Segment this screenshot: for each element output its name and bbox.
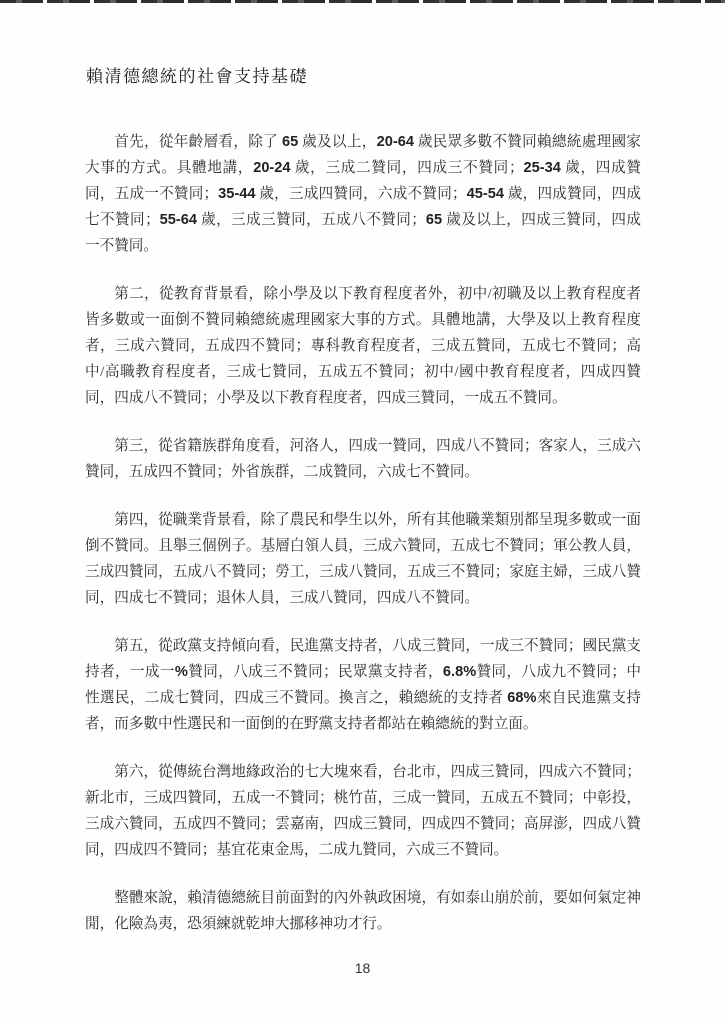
paragraph-regions: 第六，從傳統台灣地緣政治的七大塊來看，台北市，四成三贊同，四成六不贊同；新北市，… [85,759,641,863]
paragraph-party-support: 第五，從政黨支持傾向看，民進黨支持者，八成三贊同，一成三不贊同；國民黨支持者，一… [85,633,641,737]
document-body: 首先，從年齡層看，除了 65 歲及以上，20-64 歲民眾多數不贊同賴總統處理國… [85,129,641,959]
paragraph-education: 第二，從教育背景看，除小學及以下教育程度者外，初中/初職及以上教育程度者皆多數或… [85,281,641,411]
paragraph-ethnicity: 第三，從省籍族群角度看，河洛人，四成一贊同，四成八不贊同；客家人，三成六贊同，五… [85,433,641,485]
page-number: 18 [0,960,725,976]
paragraph-occupation: 第四，從職業背景看，除了農民和學生以外，所有其他職業類別都呈現多數或一面倒不贊同… [85,507,641,611]
paragraph-age-groups: 首先，從年齡層看，除了 65 歲及以上，20-64 歲民眾多數不贊同賴總統處理國… [85,129,641,259]
paragraph-conclusion: 整體來說，賴清德總統目前面對的內外執政困境，有如泰山崩於前，要如何氣定神閒，化險… [85,885,641,937]
document-page: 賴清德總統的社會支持基礎 首先，從年齡層看，除了 65 歲及以上，20-64 歲… [0,0,725,1024]
scan-artifact-top-edge [0,0,725,3]
page-title: 賴清德總統的社會支持基礎 [86,66,308,88]
